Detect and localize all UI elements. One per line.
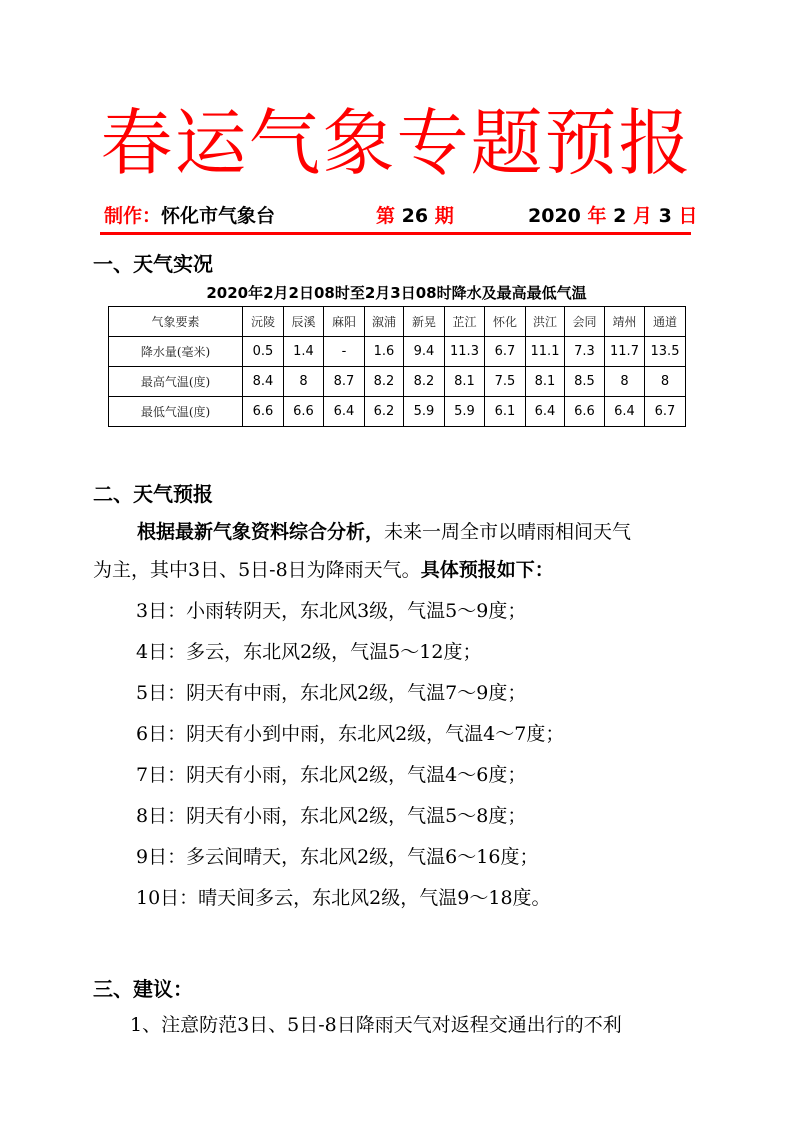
forecast-day: 3日：小雨转阴天，东北风3级，气温5～9度； bbox=[136, 597, 526, 625]
table-header: 新晃 bbox=[404, 307, 445, 337]
table-cell: 8.2 bbox=[404, 367, 445, 397]
table-header-row: 气象要素 沅陵 辰溪 麻阳 溆浦 新晃 芷江 怀化 洪江 会同 靖州 通道 bbox=[109, 307, 686, 337]
producer-label: 制作： bbox=[104, 205, 161, 227]
table-cell: 7.3 bbox=[565, 337, 605, 367]
table-cell: 8 bbox=[645, 367, 686, 397]
table-cell: 5.9 bbox=[445, 397, 485, 427]
section-heading-observations: 一、天气实况 bbox=[93, 250, 213, 278]
table-cell: 1.6 bbox=[365, 337, 404, 367]
intro-bold-2: 具体预报如下： bbox=[421, 559, 554, 581]
table-cell: 6.4 bbox=[324, 397, 365, 427]
table-cell: 11.7 bbox=[605, 337, 645, 367]
table-row: 降水量(毫米) 0.5 1.4 - 1.6 9.4 11.3 6.7 11.1 … bbox=[109, 337, 686, 367]
table-cell: 6.2 bbox=[365, 397, 404, 427]
issue-number: 第 26 期 bbox=[376, 203, 454, 229]
table-cell: 6.6 bbox=[284, 397, 324, 427]
report-title: 春运气象专题预报 bbox=[0, 98, 793, 188]
table-cell: 6.7 bbox=[645, 397, 686, 427]
table-cell: 5.9 bbox=[404, 397, 445, 427]
table-cell: 8 bbox=[605, 367, 645, 397]
table-cell: 8.1 bbox=[526, 367, 565, 397]
table-cell: 8 bbox=[284, 367, 324, 397]
table-row: 最高气温(度) 8.4 8 8.7 8.2 8.2 8.1 7.5 8.1 8.… bbox=[109, 367, 686, 397]
table-cell: 6.6 bbox=[243, 397, 284, 427]
observation-table: 气象要素 沅陵 辰溪 麻阳 溆浦 新晃 芷江 怀化 洪江 会同 靖州 通道 降水… bbox=[108, 306, 686, 427]
table-cell: 8.7 bbox=[324, 367, 365, 397]
table-header: 芷江 bbox=[445, 307, 485, 337]
section-heading-advice: 三、建议： bbox=[93, 975, 193, 1003]
table-header: 麻阳 bbox=[324, 307, 365, 337]
forecast-intro: 根据最新气象资料综合分析，未来一周全市以晴雨相间天气 为主，其中3日、5日-8日… bbox=[93, 517, 703, 585]
table-header: 溆浦 bbox=[365, 307, 404, 337]
intro-bold: 根据最新气象资料综合分析， bbox=[137, 521, 384, 543]
table-row: 最低气温(度) 6.6 6.6 6.4 6.2 5.9 5.9 6.1 6.4 … bbox=[109, 397, 686, 427]
row-label: 最低气温(度) bbox=[109, 397, 243, 427]
table-cell: 7.5 bbox=[485, 367, 526, 397]
table-cell: 11.3 bbox=[445, 337, 485, 367]
forecast-day: 7日：阴天有小雨，东北风2级，气温4～6度； bbox=[136, 761, 526, 789]
table-cell: 9.4 bbox=[404, 337, 445, 367]
table-header: 气象要素 bbox=[109, 307, 243, 337]
table-header: 通道 bbox=[645, 307, 686, 337]
forecast-day: 4日：多云，东北风2级，气温5～12度； bbox=[136, 638, 481, 666]
forecast-day: 6日：阴天有小到中雨，东北风2级，气温4～7度； bbox=[136, 720, 564, 748]
section-heading-forecast: 二、天气预报 bbox=[93, 480, 213, 508]
issue-date: 2020 年 2 月 3 日 bbox=[528, 203, 698, 229]
header-divider bbox=[100, 232, 691, 235]
table-header: 怀化 bbox=[485, 307, 526, 337]
table-cell: 6.4 bbox=[526, 397, 565, 427]
row-label: 降水量(毫米) bbox=[109, 337, 243, 367]
intro-text-2: 为主，其中3日、5日-8日为降雨天气。 bbox=[93, 559, 421, 581]
table-header: 靖州 bbox=[605, 307, 645, 337]
table-cell: 8.2 bbox=[365, 367, 404, 397]
table-cell: - bbox=[324, 337, 365, 367]
table-header: 洪江 bbox=[526, 307, 565, 337]
table-cell: 8.5 bbox=[565, 367, 605, 397]
table-cell: 6.7 bbox=[485, 337, 526, 367]
table-cell: 13.5 bbox=[645, 337, 686, 367]
table-header: 沅陵 bbox=[243, 307, 284, 337]
table-cell: 11.1 bbox=[526, 337, 565, 367]
table-cell: 6.1 bbox=[485, 397, 526, 427]
forecast-day: 5日：阴天有中雨，东北风2级，气温7～9度； bbox=[136, 679, 526, 707]
forecast-day: 9日：多云间晴天，东北风2级，气温6～16度； bbox=[136, 843, 538, 871]
table-cell: 0.5 bbox=[243, 337, 284, 367]
advice-item: 1、注意防范3日、5日-8日降雨天气对返程交通出行的不利 bbox=[130, 1011, 622, 1039]
table-cell: 6.4 bbox=[605, 397, 645, 427]
intro-text: 未来一周全市以晴雨相间天气 bbox=[384, 521, 631, 543]
table-cell: 8.4 bbox=[243, 367, 284, 397]
table-caption: 2020年2月2日08时至2月3日08时降水及最高最低气温 bbox=[108, 282, 685, 304]
producer-name: 怀化市气象台 bbox=[161, 205, 275, 227]
table-cell: 8.1 bbox=[445, 367, 485, 397]
forecast-day: 10日：晴天间多云，东北风2级，气温9～18度。 bbox=[136, 884, 551, 912]
row-label: 最高气温(度) bbox=[109, 367, 243, 397]
table-header: 辰溪 bbox=[284, 307, 324, 337]
table-header: 会同 bbox=[565, 307, 605, 337]
table-cell: 6.6 bbox=[565, 397, 605, 427]
producer-line: 制作：怀化市气象台 bbox=[104, 203, 275, 229]
forecast-day: 8日：阴天有小雨，东北风2级，气温5～8度； bbox=[136, 802, 526, 830]
table-cell: 1.4 bbox=[284, 337, 324, 367]
